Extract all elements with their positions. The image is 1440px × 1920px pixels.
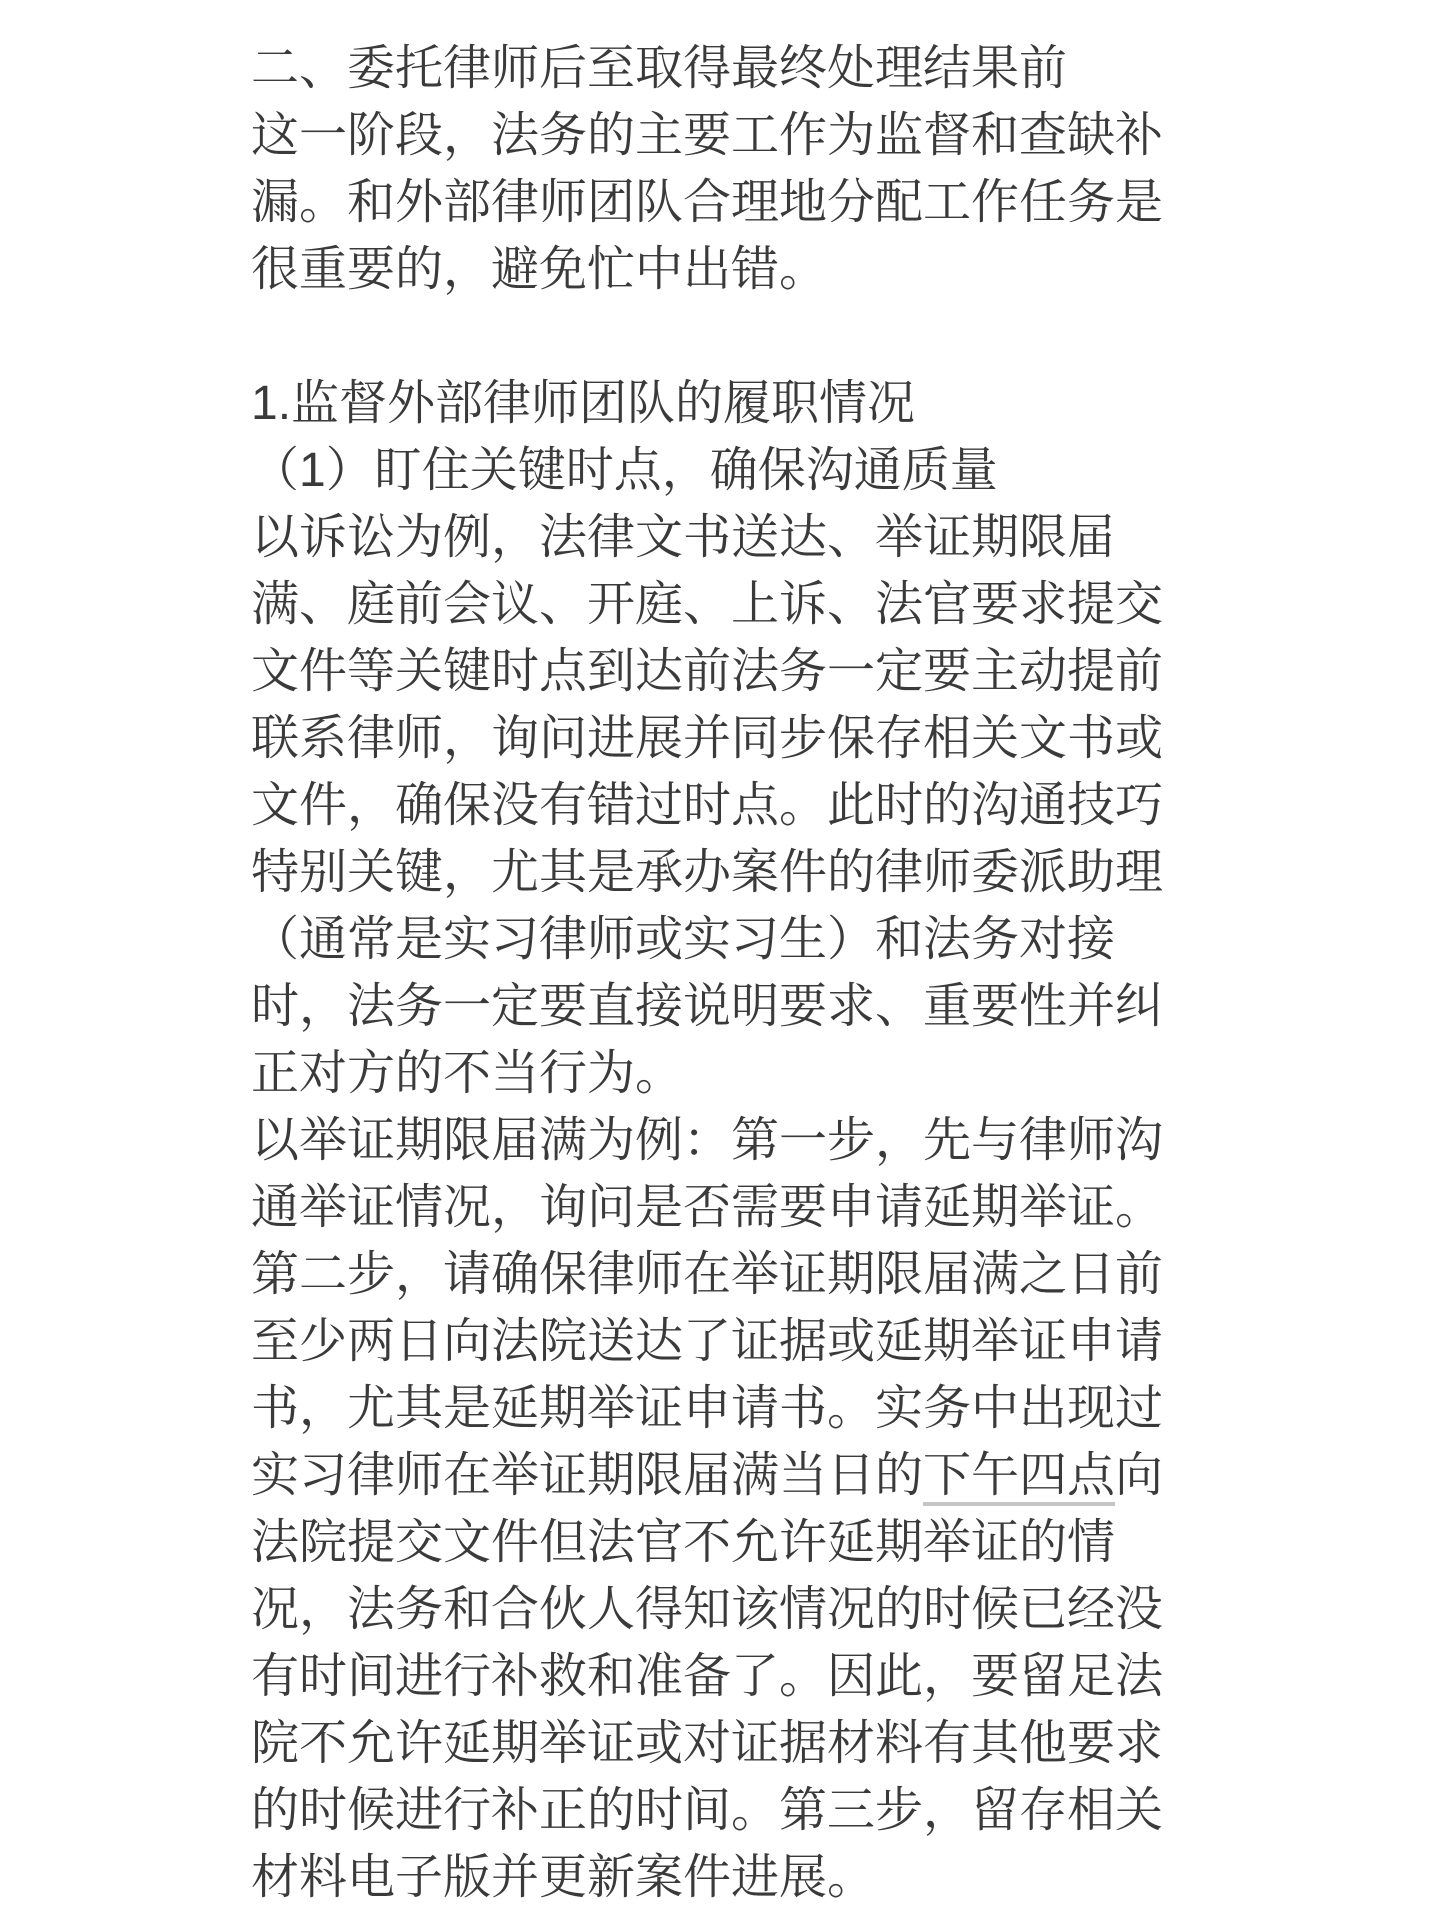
text-line: 的时候进行补正的时间。第三步，留存相关 [251,1777,1261,1844]
text-segment: 实习律师在举证期限届满当日的 [251,1449,923,1502]
text-line: 文件等关键时点到达前法务一定要主动提前 [251,638,1261,705]
text-line: 以举证期限届满为例：第一步，先与律师沟 [251,1107,1261,1174]
text-line: 特别关键，尤其是承办案件的律师委派助理 [251,839,1261,906]
text-line: 联系律师，询问进展并同步保存相关文书或 [251,705,1261,772]
text-line: 这一阶段，法务的主要工作为监督和查缺补 [251,102,1261,169]
text-line: 时，法务一定要直接说明要求、重要性并纠 [251,973,1261,1040]
text-line: 第二步，请确保律师在举证期限届满之日前 [251,1241,1261,1308]
detected-time-link[interactable]: 下午四点 [923,1449,1115,1506]
text-line: 院不允许延期举证或对证据材料有其他要求 [251,1710,1261,1777]
text-line: 有时间进行补救和准备了。因此，要留足法 [251,1643,1261,1710]
text-line: 法院提交文件但法官不允许延期举证的情 [251,1509,1261,1576]
text-segment: 向 [1115,1449,1163,1502]
text-line: 以诉讼为例，法律文书送达、举证期限届 [251,504,1261,571]
text-line: 书，尤其是延期举证申请书。实务中出现过 [251,1375,1261,1442]
text-line: 通举证情况，询问是否需要申请延期举证。 [251,1174,1261,1241]
text-line: （通常是实习律师或实习生）和法务对接 [251,906,1261,973]
document-page: 二、委托律师后至取得最终处理结果前这一阶段，法务的主要工作为监督和查缺补漏。和外… [0,0,1440,1920]
text-line: （1）盯住关键时点，确保沟通质量 [251,437,1261,504]
text-line: 很重要的，避免忙中出错。 [251,236,1261,303]
text-line: 材料电子版并更新案件进展。 [251,1844,1261,1911]
text-line: 二、委托律师后至取得最终处理结果前 [251,35,1261,102]
text-line: 漏。和外部律师团队合理地分配工作任务是 [251,169,1261,236]
text-line: 实习律师在举证期限届满当日的下午四点向 [251,1442,1261,1509]
text-line: 1.监督外部律师团队的履职情况 [251,370,1261,437]
text-line [251,303,1261,370]
text-line: 满、庭前会议、开庭、上诉、法官要求提交 [251,571,1261,638]
text-line: 况，法务和合伙人得知该情况的时候已经没 [251,1576,1261,1643]
article-body: 二、委托律师后至取得最终处理结果前这一阶段，法务的主要工作为监督和查缺补漏。和外… [251,35,1261,1911]
text-line: 文件，确保没有错过时点。此时的沟通技巧 [251,772,1261,839]
text-line: 至少两日向法院送达了证据或延期举证申请 [251,1308,1261,1375]
text-line: 正对方的不当行为。 [251,1040,1261,1107]
